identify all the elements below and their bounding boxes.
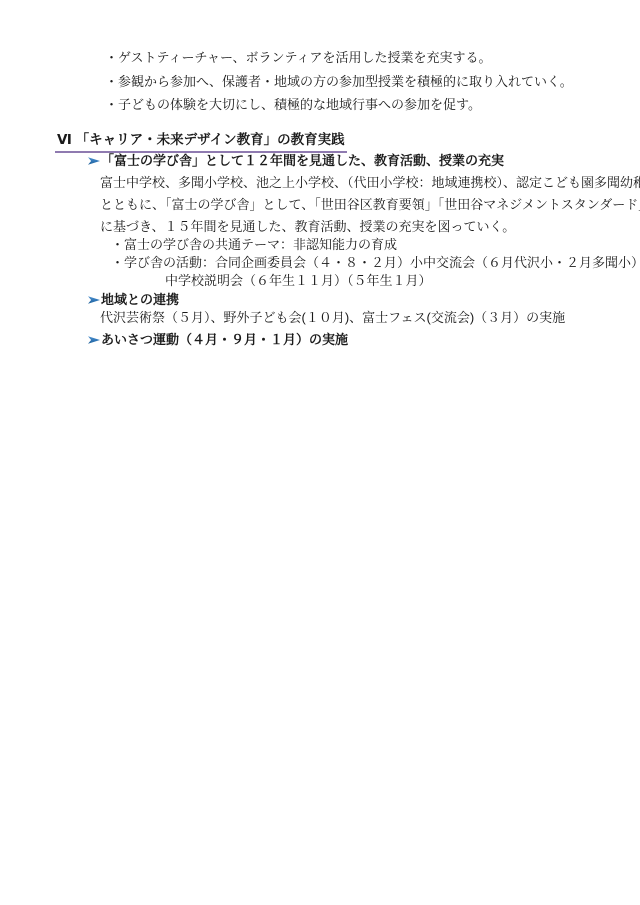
subsection-fuji-manabisha-title: 「富士の学び舎」として１２年間を見通した、教育活動、授業の充実 xyxy=(101,153,504,168)
document-page: ・ゲストティーチャー、ボランティアを活用した授業を充実する。 ・参観から参加へ、… xyxy=(0,0,640,905)
detail-bullet-common-theme: ・富士の学び舎の共通テーマ：非認知能力の育成 xyxy=(111,237,397,253)
section-heading: Ⅵ 「キャリア・未来デザイン教育」の教育実践 xyxy=(55,128,347,153)
arrowhead-bullet-icon xyxy=(88,335,100,345)
arrowhead-bullet-icon xyxy=(88,156,100,166)
arrowhead-bullet-icon xyxy=(88,295,100,305)
detail-bullet-activities: ・学び舎の活動：合同企画委員会（４・８・２月）小中交流会（６月代沢小・２月多聞小… xyxy=(111,255,640,271)
subsection-chiiki-renkei-title: 地域との連携 xyxy=(101,292,179,307)
subsection-chiiki-renkei: 地域との連携 xyxy=(88,292,179,308)
paragraph-15years-line: に基づき、１５年間を見通した、教育活動、授業の充実を図っていく。 xyxy=(100,219,515,235)
detail-continuation-setsumeikai: 中学校説明会（６年生１１月）（５年生１月） xyxy=(165,273,432,289)
section-numeral: Ⅵ xyxy=(57,132,72,147)
paragraph-setagaya-line: とともに、「富士の学び舎」として、「世田谷区教育要領」「世田谷マネジメントスタン… xyxy=(100,197,640,213)
subsection-fuji-manabisha: 「富士の学び舎」として１２年間を見通した、教育活動、授業の充実 xyxy=(88,153,504,169)
intro-bullet-kodomo-taiken: ・子どもの体験を大切にし、積極的な地域行事への参加を促す。 xyxy=(105,97,481,113)
paragraph-schools-line: 富士中学校、多聞小学校、池之上小学校、（代田小学校：地域連携校）、認定こども園多… xyxy=(100,175,640,191)
intro-bullet-guest-teacher: ・ゲストティーチャー、ボランティアを活用した授業を充実する。 xyxy=(105,50,492,66)
chiiki-events-line: 代沢芸術祭（５月）、野外子ども会(１０月)、富士フェス(交流会)（３月）の実施 xyxy=(100,310,565,326)
section-heading-underline: Ⅵ 「キャリア・未来デザイン教育」の教育実践 xyxy=(55,128,347,153)
section-title: 「キャリア・未来デザイン教育」の教育実践 xyxy=(76,132,345,147)
intro-bullet-sankan-sanka: ・参観から参加へ、保護者・地域の方の参加型授業を積極的に取り入れていく。 xyxy=(105,74,573,90)
subsection-aisatsu-undou: あいさつ運動（４月・９月・１月）の実施 xyxy=(88,332,348,348)
subsection-aisatsu-undou-title: あいさつ運動（４月・９月・１月）の実施 xyxy=(101,332,348,347)
